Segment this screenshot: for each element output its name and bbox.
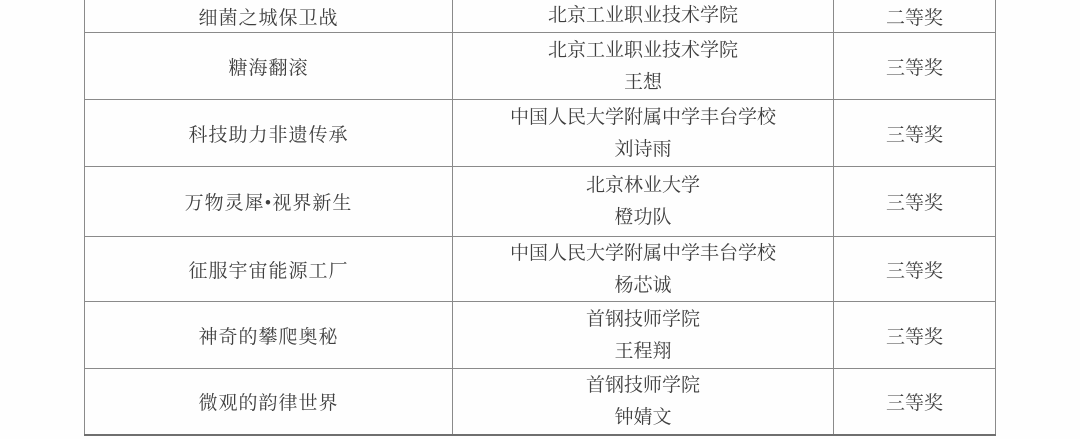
work-title: 细菌之城保卫战 <box>198 8 338 29</box>
member-name: 橙功队 <box>453 202 833 233</box>
work-cell: 神奇的攀爬奥秘 <box>85 302 453 369</box>
work-title: 万物灵犀•视界新生 <box>185 193 353 214</box>
org-name: 北京工业职业技术学院 <box>453 35 833 67</box>
org-cell: 中国人民大学附属中学丰台学校 刘诗雨 <box>453 100 834 167</box>
award-cell: 二等奖 <box>834 0 996 33</box>
org-name: 首钢技师学院 <box>453 370 833 402</box>
document-page: 细菌之城保卫战 北京工业职业技术学院 二等奖 糖海翻滚 北京工业职业技术学院 王… <box>0 0 1080 439</box>
work-title: 神奇的攀爬奥秘 <box>198 327 338 348</box>
table-row: 征服宇宙能源工厂 中国人民大学附属中学丰台学校 杨芯诚 三等奖 <box>85 237 996 302</box>
award-cell: 三等奖 <box>834 33 996 100</box>
org-name: 首钢技师学院 <box>453 304 833 336</box>
org-cell: 中国人民大学附属中学丰台学校 杨芯诚 <box>453 237 834 302</box>
table-row: 万物灵犀•视界新生 北京林业大学 橙功队 三等奖 <box>85 167 996 237</box>
member-name: 钟婧文 <box>453 402 833 433</box>
work-cell: 万物灵犀•视界新生 <box>85 167 453 237</box>
award-label: 三等奖 <box>886 58 943 79</box>
work-title: 糖海翻滚 <box>228 58 308 79</box>
award-cell: 三等奖 <box>834 100 996 167</box>
member-name: 杨芯诚 <box>453 270 833 301</box>
work-title: 征服宇宙能源工厂 <box>188 261 348 282</box>
member-name: 刘诗雨 <box>453 134 833 165</box>
table-row: 科技助力非遗传承 中国人民大学附属中学丰台学校 刘诗雨 三等奖 <box>85 100 996 167</box>
award-cell: 三等奖 <box>834 302 996 369</box>
org-name: 中国人民大学附属中学丰台学校 <box>453 238 833 270</box>
award-label: 三等奖 <box>886 261 943 282</box>
table-row: 神奇的攀爬奥秘 首钢技师学院 王程翔 三等奖 <box>85 302 996 369</box>
award-cell: 三等奖 <box>834 237 996 302</box>
award-label: 三等奖 <box>886 393 943 414</box>
award-cell: 三等奖 <box>834 369 996 435</box>
work-cell: 糖海翻滚 <box>85 33 453 100</box>
org-name: 北京林业大学 <box>453 170 833 202</box>
award-table: 细菌之城保卫战 北京工业职业技术学院 二等奖 糖海翻滚 北京工业职业技术学院 王… <box>84 0 996 436</box>
work-cell: 科技助力非遗传承 <box>85 100 453 167</box>
award-label: 二等奖 <box>886 8 943 29</box>
org-name: 中国人民大学附属中学丰台学校 <box>453 102 833 134</box>
org-name: 北京工业职业技术学院 <box>453 0 833 32</box>
member-name: 王程翔 <box>453 336 833 367</box>
org-cell: 北京林业大学 橙功队 <box>453 167 834 237</box>
award-label: 三等奖 <box>886 327 943 348</box>
work-title: 微观的韵律世界 <box>198 393 338 414</box>
member-name: 王想 <box>453 67 833 98</box>
award-label: 三等奖 <box>886 125 943 146</box>
table-row: 细菌之城保卫战 北京工业职业技术学院 二等奖 <box>85 0 996 33</box>
work-title: 科技助力非遗传承 <box>188 125 348 146</box>
org-cell: 首钢技师学院 钟婧文 <box>453 369 834 435</box>
table-row: 糖海翻滚 北京工业职业技术学院 王想 三等奖 <box>85 33 996 100</box>
award-label: 三等奖 <box>886 193 943 214</box>
work-cell: 微观的韵律世界 <box>85 369 453 435</box>
table-row: 微观的韵律世界 首钢技师学院 钟婧文 三等奖 <box>85 369 996 435</box>
work-cell: 征服宇宙能源工厂 <box>85 237 453 302</box>
org-cell: 北京工业职业技术学院 王想 <box>453 33 834 100</box>
award-cell: 三等奖 <box>834 167 996 237</box>
work-cell: 细菌之城保卫战 <box>85 0 453 33</box>
org-cell: 首钢技师学院 王程翔 <box>453 302 834 369</box>
org-cell: 北京工业职业技术学院 <box>453 0 834 33</box>
